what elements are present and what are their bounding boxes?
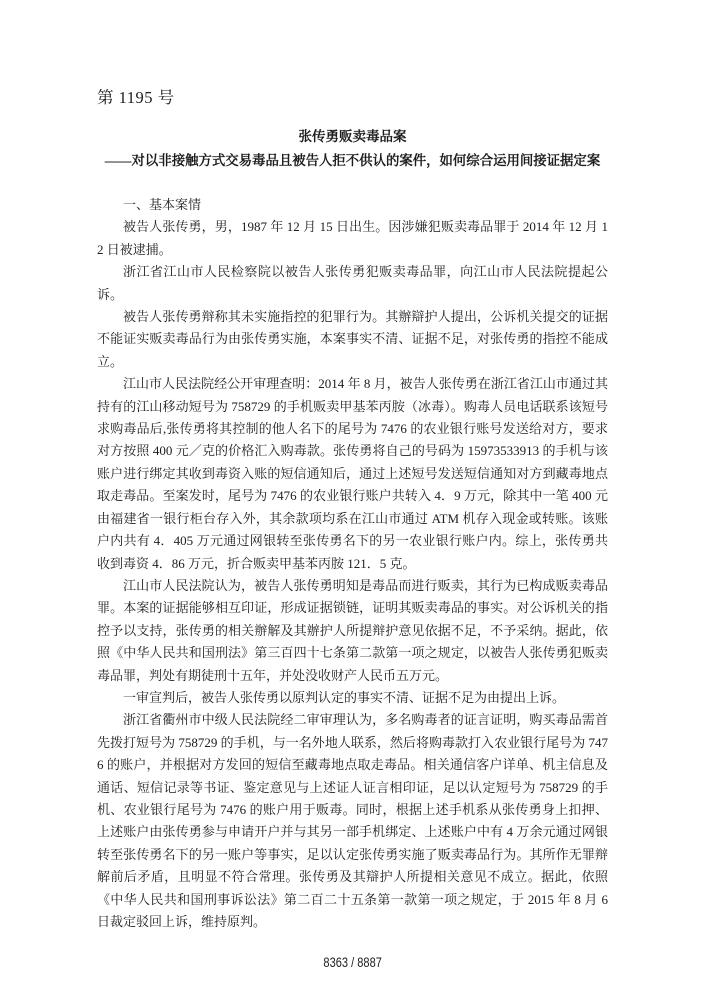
case-number: 第 1195 号 [97, 86, 608, 110]
case-body: 一、基本案情 被告人张传勇，男，1987 年 12 月 15 日出生。因涉嫌犯贩… [97, 194, 608, 933]
paragraph-prosecution: 浙江省江山市人民检察院以被告人张传勇犯贩卖毒品罪，向江山市人民法院提起公诉。 [97, 261, 608, 306]
paragraph-trial-findings: 江山市人民法院经公开审理查明：2014 年 8 月，被告人张传勇在浙江省江山市通… [97, 373, 608, 575]
footer: 8363 / 8887 [0, 954, 706, 972]
paragraph-second-instance-ruling: 浙江省衢州市中级人民法院经二审审理认为，多名购毒者的证言证明，购买毒品需首先拨打… [97, 709, 608, 933]
section-heading-basic-facts: 一、基本案情 [97, 194, 608, 216]
case-title: 张传勇贩卖毒品案 [97, 127, 608, 146]
case-subtitle: ——对以非接触方式交易毒品且被告人拒不供认的案件，如何综合运用间接证据定案 [97, 151, 608, 171]
document-page: 第 1195 号 张传勇贩卖毒品案 ——对以非接触方式交易毒品且被告人拒不供认的… [0, 0, 706, 999]
case-document: 第 1195 号 张传勇贩卖毒品案 ——对以非接触方式交易毒品且被告人拒不供认的… [97, 86, 608, 933]
page-indicator: 8363 / 8887 [324, 955, 382, 970]
paragraph-defense-argument: 被告人张传勇辩称其未实施指控的犯罪行为。其辦辯护人提出，公诉机关提交的证据不能证… [97, 306, 608, 373]
paragraph-appeal: 一审宣判后，被告人张传勇以原判认定的事实不清、证据不足为由提出上诉。 [97, 687, 608, 709]
paragraph-defendant-info: 被告人张传勇，男，1987 年 12 月 15 日出生。因涉嫌犯贩卖毒品罪于 2… [97, 216, 608, 261]
paragraph-first-instance-judgment: 江山市人民法院认为，被告人张传勇明知是毒品而进行贩卖，其行为已构成贩卖毒品罪。本… [97, 575, 608, 687]
